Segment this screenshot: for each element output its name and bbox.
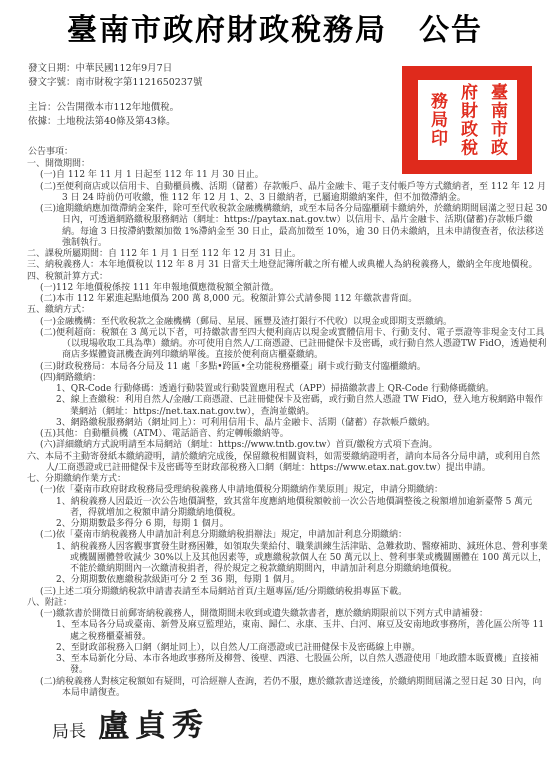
body-line: 五、繳納方式：: [0, 305, 550, 316]
body-line: 三、納稅義務人：本年地價稅以 112 年 8 月 31 日當天土地登記簿所載之所…: [0, 260, 550, 271]
signer-name: 盧貞秀: [98, 708, 210, 744]
agency-seal: 臺南市政府財政稅務局印: [402, 66, 532, 174]
body-line: (一)金融機構：至代收稅款之金融機構（郵局、星展、匯豐及渣打銀行不代收）以現金或…: [0, 317, 550, 328]
body-line: (一)依「臺南市政府財政稅務局受理納稅義務人申請地價稅分期繳納作業原則」規定，申…: [0, 485, 550, 496]
body-line: (二)便利超商：稅額在 3 萬元以下者，可持繳款書至四大便利商店以現金或實體信用…: [0, 328, 550, 362]
signer-title: 局長: [52, 720, 87, 743]
body-line: (二)納稅義務人對核定稅額如有疑問，可洽經辦人查詢，若仍不服，應於繳款書送達後，…: [0, 677, 550, 700]
body-line: (三)逾期繳納應加徵滯納金案件，除可至代收稅款金融機構繳納，或至本局各分局臨櫃刷…: [0, 204, 550, 249]
body-line: 八、附註：: [0, 598, 550, 609]
agency-seal-inner: 臺南市政府財政稅務局印: [418, 80, 517, 160]
body-line: (四)網路繳納：: [0, 373, 550, 384]
body-line: 3、至本局新化分局、本市各地政事務所及柳營、後壁、西港、七股區公所，以自然人憑證…: [0, 654, 550, 677]
body-line: (二)本市 112 年累進起點地價為 200 萬 8,000 元。稅額計算公式請…: [0, 294, 550, 305]
body-line: (一)繳款書於開徵日前郵寄納稅義務人，開徵期間未收到或遺失繳款書者，應於繳納期限…: [0, 609, 550, 620]
body-line: 1、QR-Code 行動條碼：透過行動裝置或行動裝置應用程式（APP）掃描繳款書…: [0, 384, 550, 395]
body-line: 二、課稅所屬期間：自 112 年 1 月 1 日至 112 年 12 月 31 …: [0, 249, 550, 260]
body-line: 1、納稅義務人因最近一次公告地價調整，致其當年度應納地價稅額較前一次公告地價調整…: [0, 497, 550, 520]
body-line: 四、稅額計算方式：: [0, 272, 550, 283]
body-line: (二)至便利商店或以信用卡、自動櫃員機、活期（儲蓄）存款帳戶、晶片金融卡、電子支…: [0, 182, 550, 205]
body-line: 3、網路繳稅服務網站（網址同上）：可利用信用卡、晶片金融卡、活期（儲蓄）存款帳戶…: [0, 418, 550, 429]
body-line: (二)依「臺南市納稅義務人申請加計利息分期繳納稅捐辦法」規定，申請加計利息分期繳…: [0, 530, 550, 541]
body-line: 1、至本局各分局或臺南、新營及麻豆監理站，東南、歸仁、永康、玉井、白河、麻豆及安…: [0, 620, 550, 643]
body-line: 2、分期期數依應繳稅款級距可分 2 至 36 期，每期 1 個月。: [0, 575, 550, 586]
body-line: (一)112 年地價稅係按 111 年申報地價應徵稅額全額計徵。: [0, 283, 550, 294]
body-line: 2、線上查繳稅：利用自然人/金融/工商憑證、已註冊健保卡及密碼，或行動自然人憑證…: [0, 395, 550, 418]
signature-block: 局長 盧貞秀: [52, 709, 550, 743]
body-line: (三)財政稅務局：本局各分局及 11 處「多點•跨區•全功能稅務櫃臺」刷卡或行動…: [0, 362, 550, 373]
announcement-document: 臺南市政府財政稅務局 公告 臺南市政府財政稅務局印 發文日期：中華民國112年9…: [0, 0, 550, 757]
body-line: 1、納稅義務人因客觀事實發生財務困難，如領取失業給付、職業訓練生活津貼、急難救助…: [0, 542, 550, 576]
agency-seal-text: 臺南市政府財政稅務局印: [422, 81, 512, 159]
body-line: (六)詳細繳納方式說明請至本局網站（網址：https://www.tntb.go…: [0, 440, 550, 451]
page-title: 臺南市政府財政稅務局 公告: [0, 0, 550, 49]
body-line: 六、本局不主動寄發紙本繳納證明，請於繳納完成後，保留繳稅相關資料，如需要繳納證明…: [0, 452, 550, 475]
body-line: (三)上述二項分期繳納稅款申請書表請至本局網站首頁/主題專區/延/分期繳納稅捐專…: [0, 587, 550, 598]
announcement-body: 一、開徵期間：(一)自 112 年 11 月 1 日起至 112 年 11 月 …: [0, 159, 550, 699]
body-line: 2、至財政部稅務入口網（網址同上），以自然人/工商憑證或已註冊健保卡及密碼線上申…: [0, 643, 550, 654]
body-line: 七、分期繳納作業方式：: [0, 474, 550, 485]
body-line: 2、分期期數最多得分 6 期，每期 1 個月。: [0, 519, 550, 530]
body-line: (五)其他：自動櫃員機（ATM）、電話語音、約定轉帳繳納等。: [0, 429, 550, 440]
